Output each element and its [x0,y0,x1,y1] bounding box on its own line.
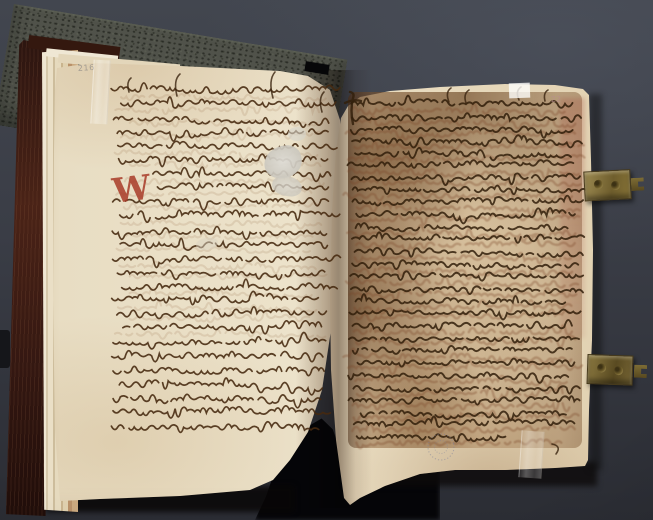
upper-brass-clasp [583,168,644,201]
red-initial-letter: W [109,167,154,212]
clasp-plate [583,169,632,201]
left-page-handwriting [111,83,340,432]
folio-number-right: 22 [551,94,562,104]
clasp-hook [631,177,645,191]
lower-brass-clasp [586,354,645,386]
conservation-tape [90,60,110,125]
conservation-tape [509,83,531,99]
clasp-plate [586,354,633,386]
manuscript-photo: 216 22 W [0,0,653,520]
conservation-tape [518,430,544,478]
parchment-repair-patch [288,127,306,141]
